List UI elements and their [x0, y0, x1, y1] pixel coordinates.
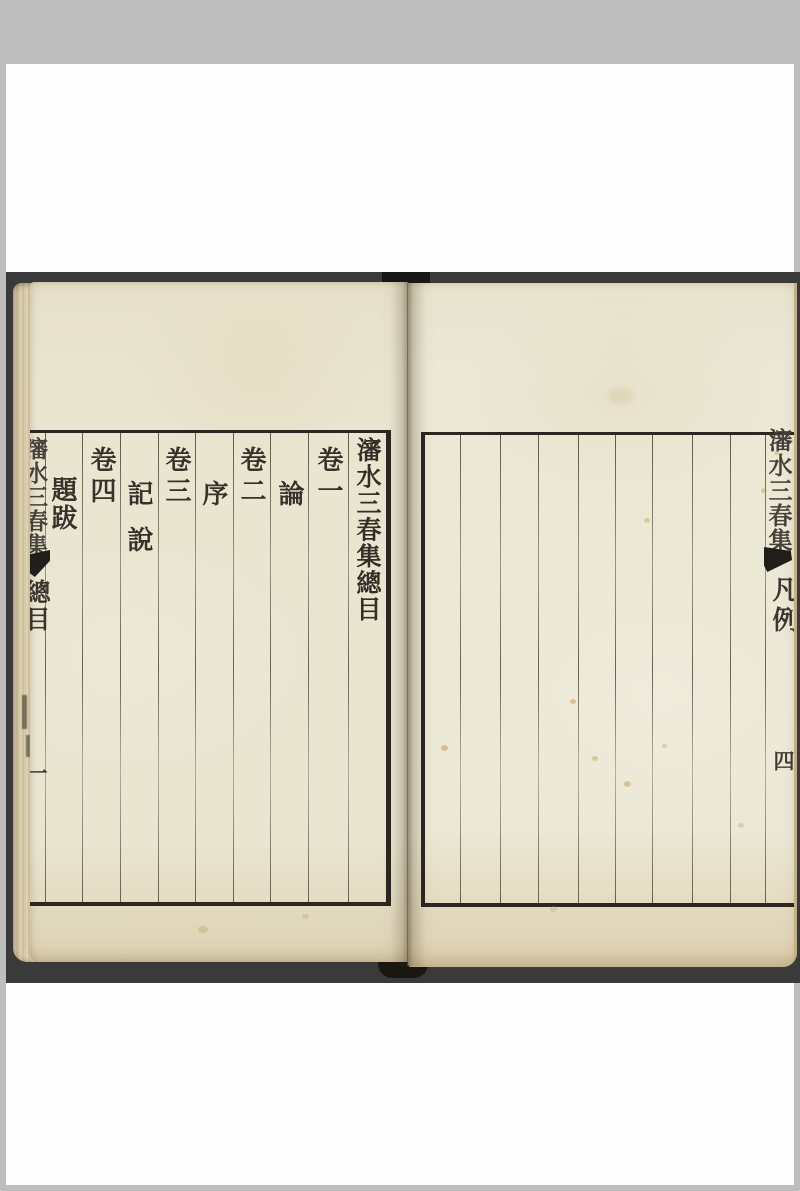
column-rule: [82, 433, 83, 902]
spine-title: 瀋水三春集: [30, 437, 46, 557]
toc-content-1: 論: [276, 480, 302, 508]
toc-content-3: 記說: [125, 480, 151, 554]
column-rule: [195, 433, 196, 902]
column-rule: [615, 435, 616, 903]
toc-content-3a: 記: [123, 480, 153, 508]
column-rule: [270, 433, 271, 902]
column-rule: [652, 435, 653, 903]
toc-content-4: 題跋: [49, 476, 75, 532]
toc-volume-3: 卷三: [163, 446, 189, 508]
column-rule: [158, 433, 159, 902]
column-rule: [538, 435, 539, 903]
edge-ink-smudge: [22, 695, 27, 729]
column-rule: [120, 433, 121, 902]
page-number: 四: [773, 750, 794, 771]
right-page-frame: [421, 432, 797, 907]
page-number: 一: [30, 762, 47, 783]
spine-section: 凡例: [770, 576, 796, 636]
spine-section: 總目: [30, 579, 49, 633]
column-rule: [308, 433, 309, 902]
toc-content-2: 序: [200, 480, 226, 508]
foxing-spot: [302, 914, 309, 919]
toc-volume-2: 卷二: [238, 446, 264, 508]
photo-background: 瀋水三春集總目 卷一 論 卷二 序 卷三 記說 卷四 題跋 瀋水三春集 總目 一: [6, 272, 800, 983]
foxing-spot: [198, 926, 208, 933]
toc-content-3b: 說: [125, 526, 151, 554]
column-rule: [348, 433, 349, 902]
toc-volume-4: 卷四: [88, 446, 114, 508]
foxing-spot: [608, 388, 634, 404]
column-rule: [460, 435, 461, 903]
toc-title-column: 瀋水三春集總目: [355, 437, 380, 623]
left-page: 瀋水三春集總目 卷一 論 卷二 序 卷三 記說 卷四 題跋 瀋水三春集 總目 一: [30, 282, 408, 962]
column-rule: [730, 435, 731, 903]
column-rule: [233, 433, 234, 902]
right-page: 瀋水三春集 凡例 四: [408, 283, 797, 967]
column-rule: [578, 435, 579, 903]
spine-title: 瀋水三春集: [766, 428, 790, 553]
column-rule: [500, 435, 501, 903]
toc-volume-1: 卷一: [315, 446, 341, 508]
column-rule: [692, 435, 693, 903]
